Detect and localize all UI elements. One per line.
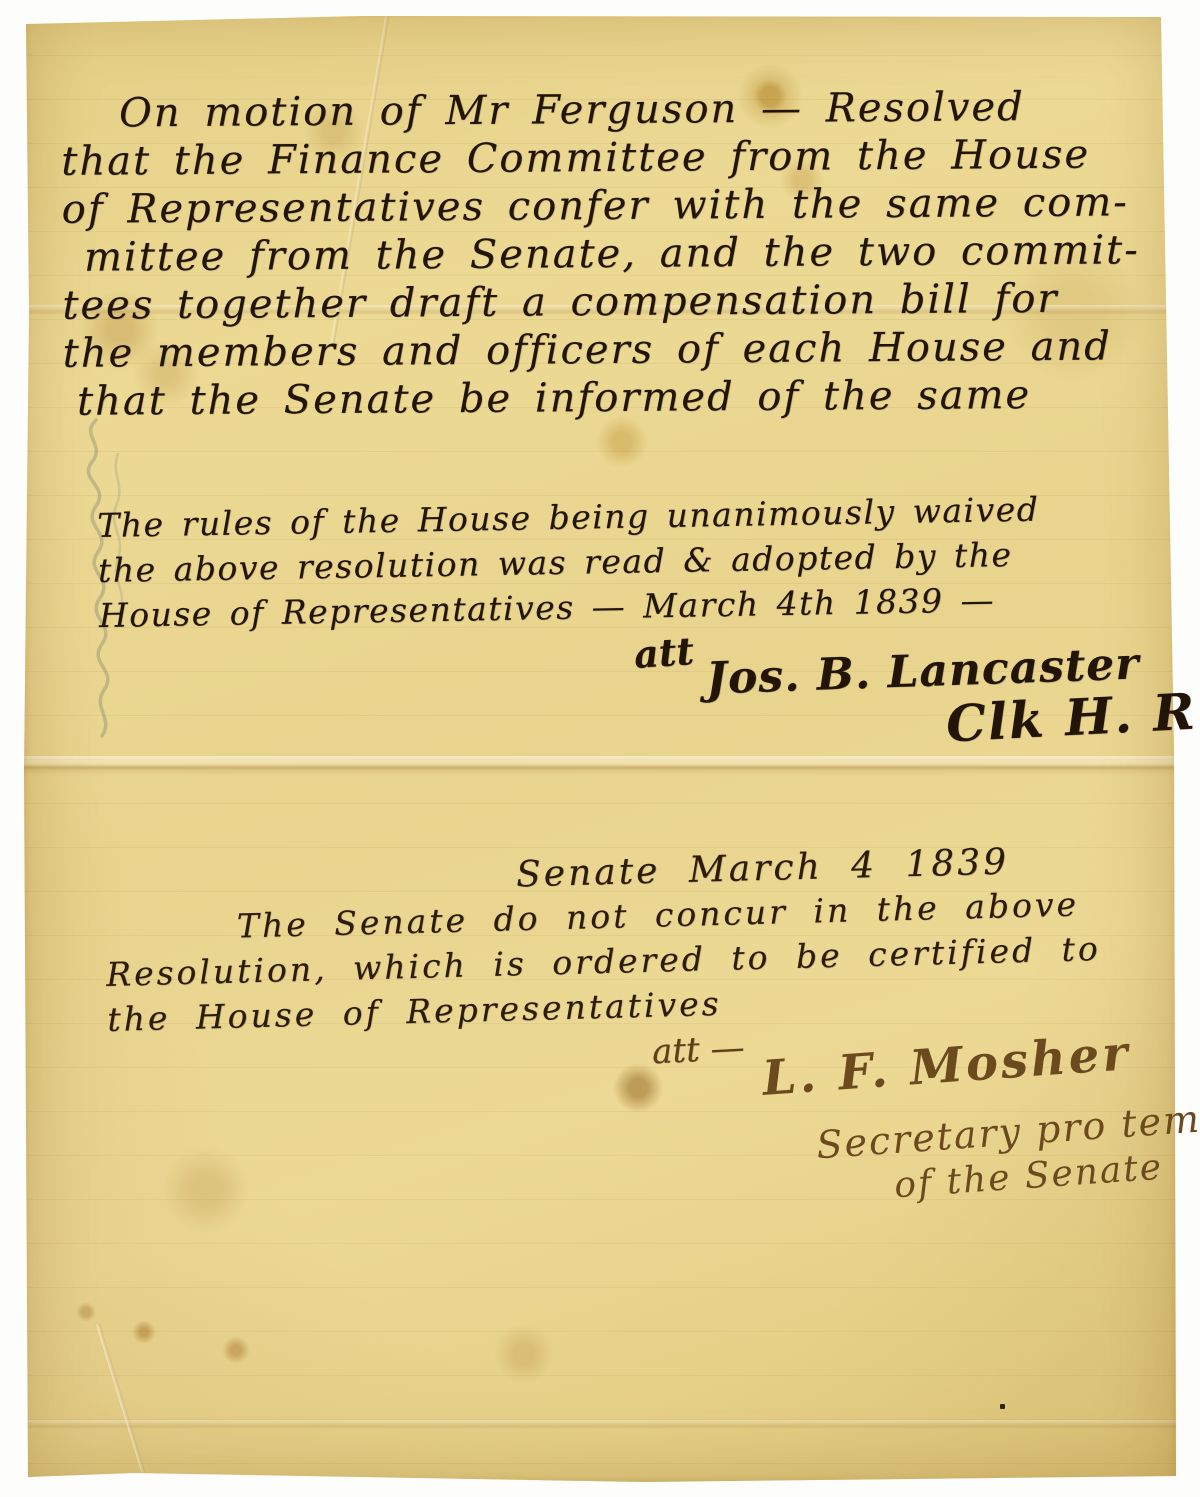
senate-attestation-label: att — — [651, 1028, 745, 1073]
house-attestation-label: att — [633, 628, 696, 677]
manuscript-line: mittee from the Senate, and the two comm… — [62, 226, 1152, 282]
manuscript-line: tees together draft a compensation bill … — [62, 274, 1152, 330]
manuscript-line: On motion of Mr Ferguson — Resolved — [61, 82, 1151, 138]
adoption-note-paragraph: The rules of the House being unanimously… — [97, 485, 1129, 638]
fold-crease-lower — [24, 1420, 1176, 1429]
house-resolution-paragraph: On motion of Mr Ferguson — Resolved that… — [61, 82, 1153, 426]
manuscript-line: of Representatives confer with the same … — [62, 178, 1152, 234]
manuscript-line: that the Finance Committee from the Hous… — [61, 130, 1151, 186]
fold-crease-middle — [24, 756, 1176, 776]
senate-note-paragraph: The Senate do not concur in the above Re… — [104, 879, 1177, 1042]
fold-crease-bottom-left-diagonal — [96, 1323, 145, 1472]
pinhole-mark — [1000, 1404, 1005, 1409]
manuscript-line: the members and officers of each House a… — [63, 322, 1153, 378]
scan-background: On motion of Mr Ferguson — Resolved that… — [0, 0, 1200, 1497]
manuscript-line: that the Senate be informed of the same — [63, 370, 1153, 426]
